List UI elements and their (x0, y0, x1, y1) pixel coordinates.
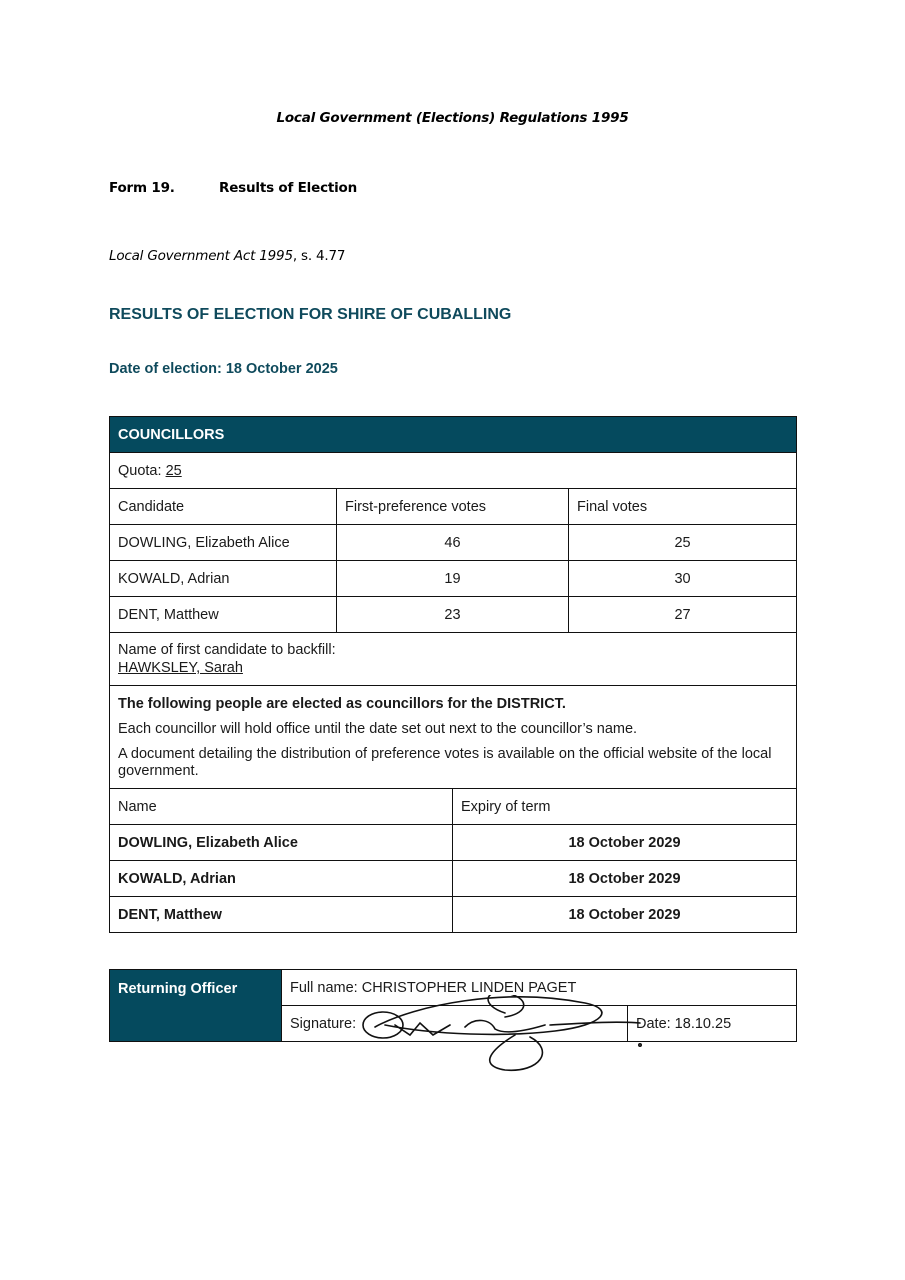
returning-officer-label: Returning Officer (110, 970, 282, 1042)
candidate-name: DENT, Matthew (110, 597, 337, 633)
returning-officer-table: Returning Officer Full name: CHRISTOPHER… (109, 969, 797, 1042)
votes-column-headers: Candidate First-preference votes Final v… (110, 489, 797, 525)
election-date: Date of election: 18 October 2025 (109, 361, 338, 377)
term-expiry: 18 October 2029 (453, 825, 797, 861)
elected-statement: The following people are elected as coun… (118, 696, 788, 713)
form-number: Form 19. (109, 180, 219, 196)
table-row: DENT, Matthew 23 27 (110, 597, 797, 633)
final-votes: 30 (569, 561, 797, 597)
term-expiry: 18 October 2029 (453, 861, 797, 897)
backfill-label: Name of first candidate to backfill: (118, 641, 788, 659)
backfill-name: HAWKSLEY, Sarah (118, 659, 788, 677)
councillors-header-row: COUNCILLORS (110, 417, 797, 453)
councillors-table: COUNCILLORS Quota: 25 Candidate First-pr… (109, 416, 797, 933)
quota-row: Quota: 25 (110, 453, 797, 489)
backfill-row: Name of first candidate to backfill: HAW… (110, 633, 797, 686)
term-statement: Each councillor will hold office until t… (118, 721, 788, 738)
form-title: Results of Election (219, 180, 357, 196)
act-name: Local Government Act 1995 (109, 248, 293, 264)
table-row: DENT, Matthew 18 October 2029 (110, 897, 797, 933)
first-preference-votes: 19 (337, 561, 569, 597)
first-preference-votes: 23 (337, 597, 569, 633)
candidate-name: DOWLING, Elizabeth Alice (110, 525, 337, 561)
signature-date: Date: 18.10.25 (628, 1006, 797, 1042)
signature-field: Signature: (282, 1006, 628, 1042)
officer-full-name: Full name: CHRISTOPHER LINDEN PAGET (282, 970, 797, 1006)
document-statement: A document detailing the distribution of… (118, 746, 788, 780)
table-row: DOWLING, Elizabeth Alice 18 October 2029 (110, 825, 797, 861)
quota-value: 25 (166, 463, 182, 479)
elected-name: DENT, Matthew (110, 897, 453, 933)
signature-label: Signature: (290, 1016, 356, 1032)
column-header-name: Name (110, 789, 453, 825)
final-votes: 25 (569, 525, 797, 561)
candidate-name: KOWALD, Adrian (110, 561, 337, 597)
elected-name: KOWALD, Adrian (110, 861, 453, 897)
final-votes: 27 (569, 597, 797, 633)
act-reference: Local Government Act 1995, s. 4.77 (109, 248, 345, 264)
act-section: , s. 4.77 (293, 248, 345, 264)
column-header-first-preference: First-preference votes (337, 489, 569, 525)
table-row: KOWALD, Adrian 18 October 2029 (110, 861, 797, 897)
column-header-final-votes: Final votes (569, 489, 797, 525)
first-preference-votes: 46 (337, 525, 569, 561)
form-line: Form 19.Results of Election (109, 180, 357, 196)
quota-label: Quota: (118, 463, 166, 479)
elected-column-headers: Name Expiry of term (110, 789, 797, 825)
section-title: COUNCILLORS (110, 417, 797, 453)
column-header-expiry: Expiry of term (453, 789, 797, 825)
regulations-title: Local Government (Elections) Regulations… (0, 110, 905, 126)
table-row: DOWLING, Elizabeth Alice 46 25 (110, 525, 797, 561)
column-header-candidate: Candidate (110, 489, 337, 525)
elected-notice-row: The following people are elected as coun… (110, 686, 797, 789)
elected-name: DOWLING, Elizabeth Alice (110, 825, 453, 861)
term-expiry: 18 October 2029 (453, 897, 797, 933)
page-title: RESULTS OF ELECTION FOR SHIRE OF CUBALLI… (109, 306, 511, 324)
table-row: KOWALD, Adrian 19 30 (110, 561, 797, 597)
